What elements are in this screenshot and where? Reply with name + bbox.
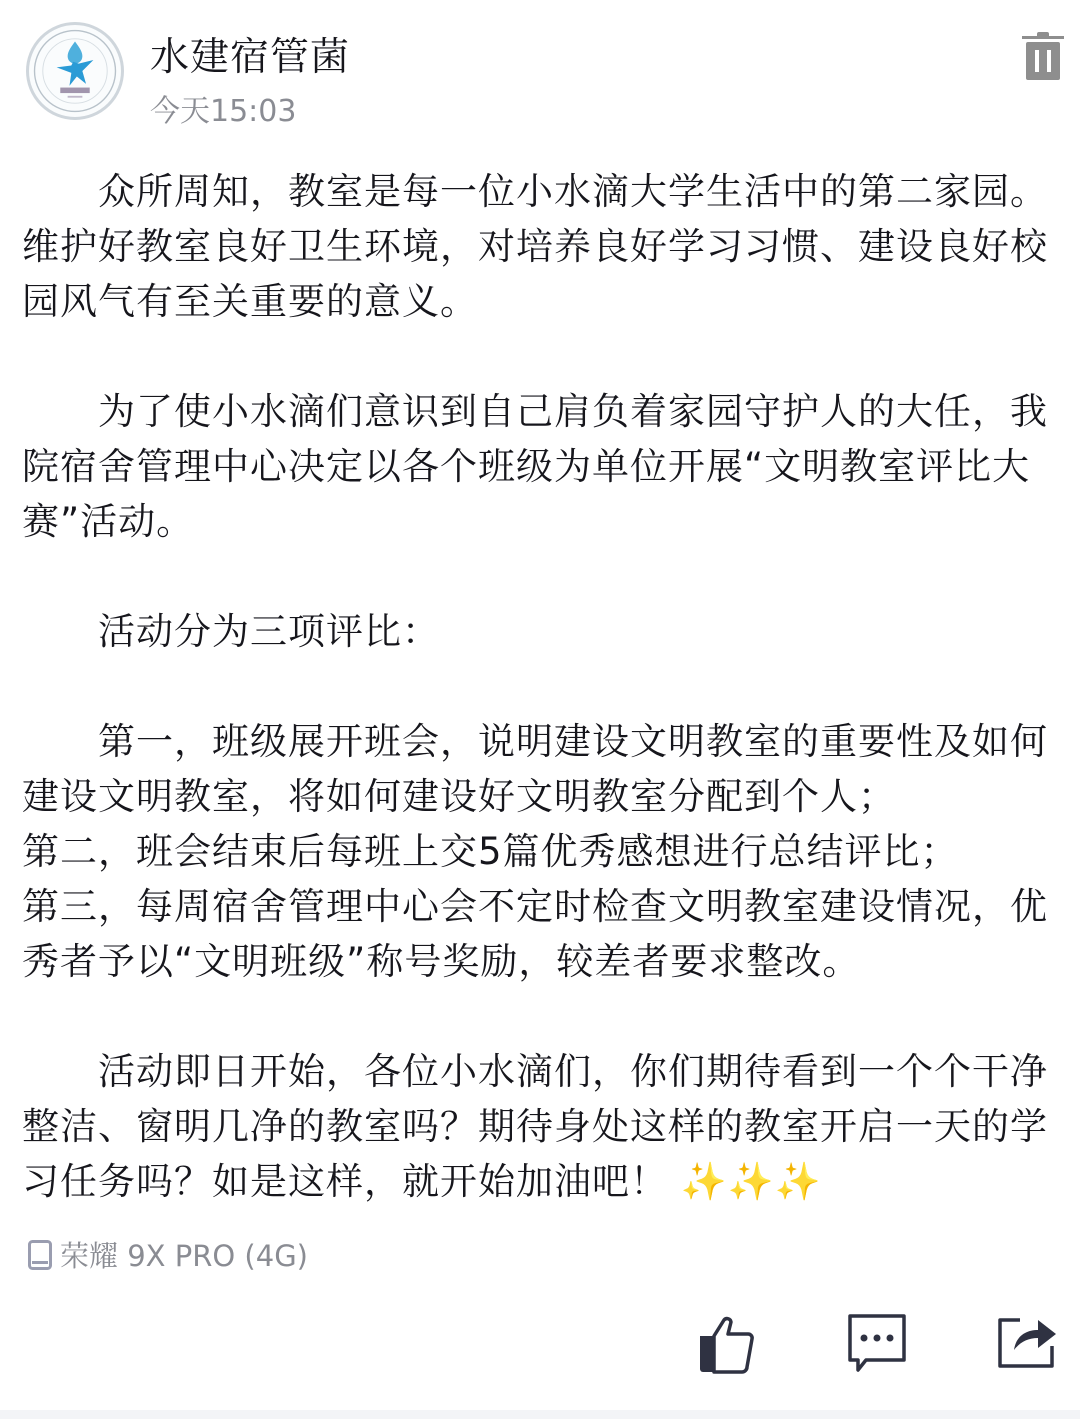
comment-button[interactable] bbox=[844, 1310, 910, 1376]
post-time: 今天15:03 bbox=[150, 86, 296, 130]
delete-button[interactable] bbox=[1020, 28, 1066, 84]
post-content: 众所周知，教室是每一位小水滴大学生活中的第二家园。维护好教室良好卫生环境，对培养… bbox=[22, 164, 1072, 1209]
author-name[interactable]: 水建宿管菌 bbox=[150, 26, 350, 82]
paragraph-intro: 众所周知，教室是每一位小水滴大学生活中的第二家园。维护好教室良好卫生环境，对培养… bbox=[22, 164, 1072, 329]
device-info: 荣耀 9X PRO (4G) bbox=[28, 1234, 308, 1275]
paragraph-closing: 活动即日开始，各位小水滴们，你们期待看到一个个干净整洁、窗明几净的教室吗？期待身… bbox=[22, 1044, 1072, 1209]
avatar[interactable] bbox=[26, 22, 124, 120]
device-label: 荣耀 9X PRO (4G) bbox=[60, 1234, 308, 1275]
trash-icon bbox=[1020, 28, 1066, 84]
paragraph-items-heading: 活动分为三项评比： bbox=[22, 604, 1072, 659]
paragraph-items: 第一，班级展开班会，说明建设文明教室的重要性及如何建设文明教室，将如何建设好文明… bbox=[22, 714, 1072, 989]
sparkles-emoji: ✨✨✨ bbox=[681, 1160, 822, 1203]
like-button[interactable] bbox=[694, 1310, 760, 1376]
dorm-center-logo-icon bbox=[29, 25, 121, 117]
bottom-divider bbox=[0, 1410, 1080, 1419]
closing-text: 活动即日开始，各位小水滴们，你们期待看到一个个干净整洁、窗明几净的教室吗？期待身… bbox=[22, 1050, 1048, 1203]
share-button[interactable] bbox=[994, 1310, 1060, 1376]
action-bar bbox=[0, 1310, 1080, 1376]
paragraph-purpose: 为了使小水滴们意识到自己肩负着家园守护人的大任，我院宿舍管理中心决定以各个班级为… bbox=[22, 384, 1072, 549]
comment-icon bbox=[844, 1310, 910, 1376]
share-icon bbox=[994, 1310, 1060, 1376]
thumbs-up-icon bbox=[694, 1310, 760, 1376]
phone-icon bbox=[28, 1240, 52, 1270]
